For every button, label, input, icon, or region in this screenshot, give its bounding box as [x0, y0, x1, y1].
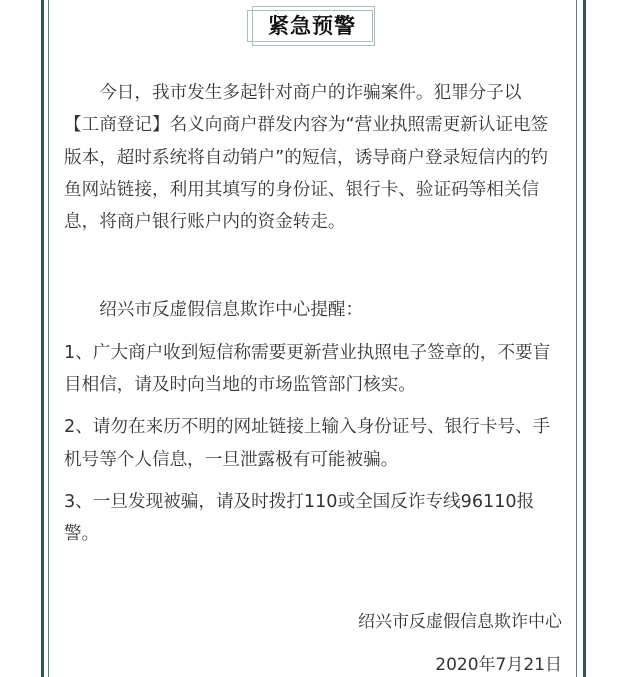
reminder-item: 2、请勿在来历不明的网址链接上输入身份证号、银行卡号、手机号等个人信息，一旦泄露… — [64, 411, 556, 476]
left-outer-border — [41, 0, 44, 677]
article-body: 今日，我市发生多起针对商户的诈骗案件。犯罪分子以【工商登记】名义向商户群发内容为… — [64, 77, 556, 551]
intro-paragraph: 今日，我市发生多起针对商户的诈骗案件。犯罪分子以【工商登记】名义向商户群发内容为… — [64, 77, 556, 238]
reminder-item: 1、广大商户收到短信称需要更新营业执照电子签章的，不要盲目相信，请及时向当地的市… — [64, 337, 556, 402]
issue-date: 2020年7月21日 — [435, 650, 562, 677]
reminder-heading: 绍兴市反虚假信息欺诈中心提醒： — [64, 294, 556, 326]
right-inner-border — [576, 0, 577, 677]
page-title: 紧急预警 — [247, 6, 377, 46]
right-outer-border — [583, 0, 586, 677]
signature: 绍兴市反虚假信息欺诈中心 — [358, 607, 562, 637]
left-inner-border — [48, 0, 49, 677]
reminder-item: 3、一旦发现被骗，请及时拨打110或全国反诈专线96110报警。 — [64, 486, 556, 551]
title-frame: 紧急预警 — [247, 6, 377, 46]
